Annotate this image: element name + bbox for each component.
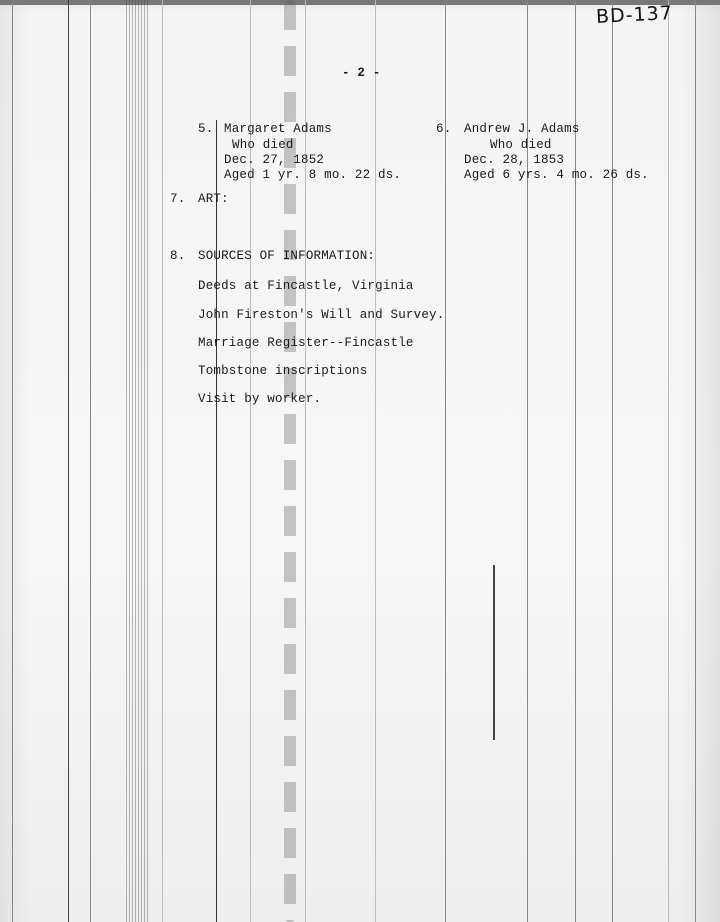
section-number: 7.	[170, 192, 185, 206]
scan-streak	[375, 0, 376, 922]
scan-streak	[90, 0, 91, 922]
entry-name: Andrew J. Adams	[464, 122, 580, 136]
entry-age: Aged 6 yrs. 4 mo. 26 ds.	[464, 168, 649, 182]
scan-streak	[305, 0, 306, 922]
scan-streak	[668, 0, 669, 922]
entry-age: Aged 1 yr. 8 mo. 22 ds.	[224, 168, 401, 182]
source-item: Visit by worker.	[198, 392, 321, 406]
source-item: Deeds at Fincastle, Virginia	[198, 279, 414, 293]
entry-number: 6.	[436, 122, 451, 136]
margin-line	[216, 120, 217, 922]
entry-name: Margaret Adams	[224, 122, 332, 136]
scan-streak	[695, 0, 696, 922]
scanned-page: BD-137 - 2 - 5. Margaret Adams Who died …	[0, 0, 720, 922]
scan-streak	[12, 0, 13, 922]
file-code: BD-137	[595, 2, 673, 28]
scan-streak	[612, 0, 613, 922]
scan-streak	[575, 0, 576, 922]
scan-smear	[126, 0, 148, 922]
source-item: John Fireston's Will and Survey.	[198, 308, 444, 322]
entry-status: Who died	[490, 138, 552, 152]
scan-streak	[493, 565, 495, 740]
entry-date: Dec. 27, 1852	[224, 153, 324, 167]
scan-streak	[445, 0, 446, 922]
entry-status: Who died	[232, 138, 294, 152]
scan-streak	[68, 0, 69, 922]
page-number: - 2 -	[342, 66, 381, 80]
entry-number: 5.	[198, 122, 213, 136]
scan-streak	[162, 0, 163, 922]
sources-heading: SOURCES OF INFORMATION:	[198, 249, 375, 263]
entry-date: Dec. 28, 1853	[464, 153, 564, 167]
art-label: ART:	[198, 192, 229, 206]
source-item: Tombstone inscriptions	[198, 364, 367, 378]
source-item: Marriage Register--Fincastle	[198, 336, 414, 350]
section-number: 8.	[170, 249, 185, 263]
